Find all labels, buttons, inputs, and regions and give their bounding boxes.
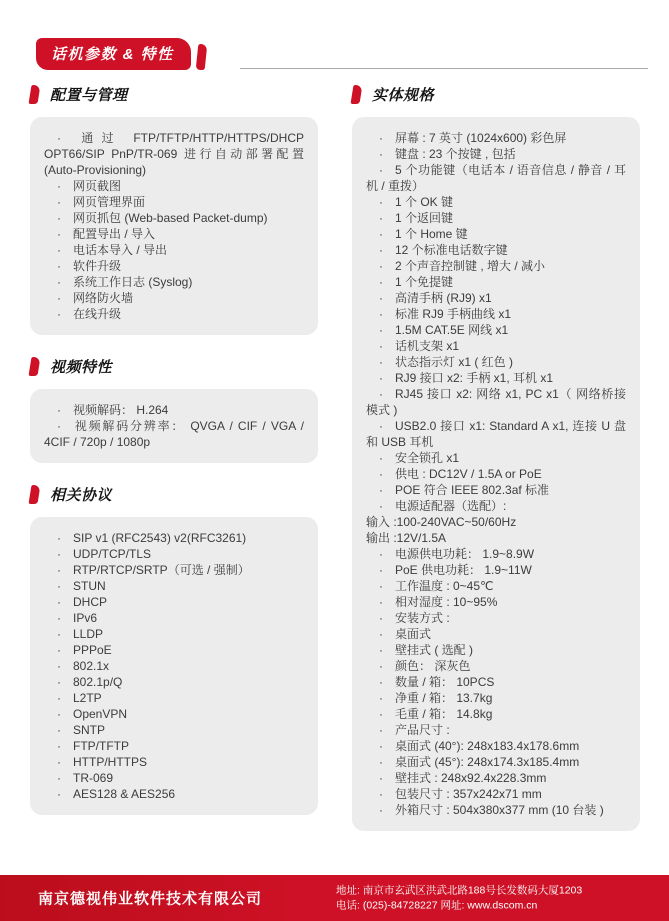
spec-item: ·桌面式 (45°): 248x174.3x185.4mm [366,754,626,770]
bullet-icon: · [57,531,73,545]
section-protocols: 相关协议·SIP v1 (RFC2543) v2(RFC3261)·UDP/TC… [30,484,318,815]
spec-item: ·RJ9 接口 x2: 手柄 x1, 耳机 x1 [366,370,626,386]
spec-item: ·802.1p/Q [44,674,304,690]
spec-item: ·网页抓包 (Web-based Packet-dump) [44,210,304,226]
bullet-icon: · [379,467,395,481]
spec-item: ·2 个声音控制键 , 增大 / 减小 [366,258,626,274]
spec-item: ·SNTP [44,722,304,738]
bullet-icon: · [379,691,395,705]
spec-item: ·外箱尺寸 : 504x380x377 mm (10 台装 ) [366,802,626,818]
bullet-icon: · [57,403,73,417]
bullet-icon: · [57,595,73,609]
bullet-icon: · [57,659,73,673]
spec-item: ·状态指示灯 x1 ( 红色 ) [366,354,626,370]
bullet-icon: · [57,179,73,193]
bullet-icon: · [57,771,73,785]
bullet-icon: · [379,195,395,209]
spec-item: ·PoE 供电功耗： 1.9~11W [366,562,626,578]
section-video-features: 视频特性·视频解码： H.264·视频解码分辨率： QVGA / CIF / V… [30,356,318,463]
spec-sheet-page: 话机参数 & 特性 配置与管理·通过 FTP/TFTP/HTTP/HTTPS/D… [0,0,669,921]
spec-item: ·产品尺寸 : [366,722,626,738]
spec-item: ·FTP/TFTP [44,738,304,754]
spec-item: ·安全锁孔 x1 [366,450,626,466]
spec-item: ·净重 / 箱： 13.7kg [366,690,626,706]
spec-item: ·视频解码分辨率： QVGA / CIF / VGA / 4CIF / 720p… [44,418,304,450]
spec-item: ·通过 FTP/TFTP/HTTP/HTTPS/DHCP OPT66/SIP P… [44,130,304,178]
bullet-icon: · [57,563,73,577]
bullet-icon: · [57,547,73,561]
spec-item: ·桌面式 [366,626,626,642]
bullet-icon: · [57,707,73,721]
spec-item: ·软件升级 [44,258,304,274]
spec-item: ·RTP/RTCP/SRTP（可选 / 强制） [44,562,304,578]
bullet-icon: · [379,739,395,753]
bullet-icon: · [57,643,73,657]
bullet-icon: · [379,355,395,369]
section-title: 相关协议 [50,484,112,505]
spec-item: ·网页截图 [44,178,304,194]
bullet-icon: · [379,451,395,465]
footer-address: 地址: 南京市玄武区洪武北路188号长发数码大厦1203 [336,884,582,899]
spec-item: ·5 个功能键（电话本 / 语音信息 / 静音 / 耳机 / 重拨） [366,162,626,194]
spec-item: ·桌面式 (40°): 248x183.4x178.6mm [366,738,626,754]
spec-item: ·电源供电功耗： 1.9~8.9W [366,546,626,562]
bullet-icon: · [379,291,395,305]
spec-item: ·RJ45 接口 x2: 网络 x1, PC x1（ 网络桥接模式 ) [366,386,626,418]
spec-item: ·电话本导入 / 导出 [44,242,304,258]
spec-item: ·USB2.0 接口 x1: Standard A x1, 连接 U 盘和 US… [366,418,626,450]
spec-item: ·数量 / 箱： 10PCS [366,674,626,690]
content-columns: 配置与管理·通过 FTP/TFTP/HTTP/HTTPS/DHCP OPT66/… [30,84,640,852]
bullet-icon: · [379,707,395,721]
bullet-icon: · [57,723,73,737]
bullet-icon: · [57,307,73,321]
company-name: 南京德视伟业软件技术有限公司 [38,888,262,909]
section-title: 配置与管理 [50,84,128,105]
bullet-icon: · [379,275,395,289]
bullet-icon: · [379,131,395,145]
spec-item: ·PPPoE [44,642,304,658]
bullet-icon: · [379,755,395,769]
section-config-management: 配置与管理·通过 FTP/TFTP/HTTP/HTTPS/DHCP OPT66/… [30,84,318,335]
spec-box: ·SIP v1 (RFC2543) v2(RFC3261)·UDP/TCP/TL… [30,517,318,815]
spec-item: ·毛重 / 箱： 14.8kg [366,706,626,722]
spec-item: ·L2TP [44,690,304,706]
section-header: 视频特性 [30,356,318,377]
bullet-icon: · [57,291,73,305]
spec-box: ·通过 FTP/TFTP/HTTP/HTTPS/DHCP OPT66/SIP P… [30,117,318,335]
bullet-icon: · [57,211,73,225]
spec-item: ·802.1x [44,658,304,674]
spec-item: ·1 个返回键 [366,210,626,226]
spec-item: ·UDP/TCP/TLS [44,546,304,562]
bullet-icon: · [379,723,395,737]
bullet-icon: · [57,627,73,641]
spec-item: ·网络防火墙 [44,290,304,306]
spec-item: ·HTTP/HTTPS [44,754,304,770]
spec-item: ·壁挂式 ( 选配 ) [366,642,626,658]
spec-item: 输入 :100-240VAC~50/60Hz [366,514,626,530]
spec-box: ·屏幕 : 7 英寸 (1024x600) 彩色屏·键盘 : 23 个按键 , … [352,117,640,831]
spec-item: ·LLDP [44,626,304,642]
spec-item: ·TR-069 [44,770,304,786]
bullet-icon: · [379,483,395,497]
left-column: 配置与管理·通过 FTP/TFTP/HTTP/HTTPS/DHCP OPT66/… [30,84,318,852]
bullet-icon: · [379,339,395,353]
section-title: 视频特性 [50,356,112,377]
bullet-icon: · [379,387,395,401]
spec-item: ·电源适配器（选配）: [366,498,626,514]
bullet-icon: · [57,259,73,273]
spec-item: ·包装尺寸 : 357x242x71 mm [366,786,626,802]
bullet-icon: · [57,227,73,241]
spec-item: ·安装方式 : [366,610,626,626]
spec-item: ·配置导出 / 导入 [44,226,304,242]
bullet-icon: · [379,771,395,785]
spec-item: ·SIP v1 (RFC2543) v2(RFC3261) [44,530,304,546]
spec-item: ·屏幕 : 7 英寸 (1024x600) 彩色屏 [366,130,626,146]
red-marker-icon [350,85,362,104]
spec-item: ·工作温度 : 0~45℃ [366,578,626,594]
banner-title: 话机参数 & 特性 [36,38,191,70]
spec-item: ·供电 : DC12V / 1.5A or PoE [366,466,626,482]
bullet-icon: · [57,787,73,801]
spec-box: ·视频解码： H.264·视频解码分辨率： QVGA / CIF / VGA /… [30,389,318,463]
bullet-icon: · [57,739,73,753]
section-title: 实体规格 [372,84,434,105]
spec-item: ·键盘 : 23 个按键 , 包括 [366,146,626,162]
section-header: 配置与管理 [30,84,318,105]
bullet-icon: · [57,691,73,705]
spec-item: ·POE 符合 IEEE 802.3af 标准 [366,482,626,498]
bullet-icon: · [379,611,395,625]
bullet-icon: · [379,675,395,689]
spec-item: ·IPv6 [44,610,304,626]
bullet-icon: · [57,579,73,593]
red-marker-icon [28,357,40,376]
spec-item: ·12 个标准电话数字键 [366,242,626,258]
bullet-icon: · [379,803,395,817]
bullet-icon: · [57,755,73,769]
spec-item: ·STUN [44,578,304,594]
bullet-icon: · [57,419,73,433]
banner-accent-icon [195,44,207,70]
red-marker-icon [28,485,40,504]
bullet-icon: · [57,275,73,289]
header-divider [240,68,648,69]
bullet-icon: · [379,627,395,641]
bullet-icon: · [379,371,395,385]
bullet-icon: · [379,259,395,273]
right-column: 实体规格·屏幕 : 7 英寸 (1024x600) 彩色屏·键盘 : 23 个按… [352,84,640,852]
bullet-icon: · [379,787,395,801]
spec-item: ·壁挂式 : 248x92.4x228.3mm [366,770,626,786]
section-header: 相关协议 [30,484,318,505]
bullet-icon: · [379,163,395,177]
bullet-icon: · [379,595,395,609]
spec-item: ·高清手柄 (RJ9) x1 [366,290,626,306]
red-marker-icon [28,85,40,104]
bullet-icon: · [57,243,73,257]
spec-item: ·网页管理界面 [44,194,304,210]
bullet-icon: · [57,195,73,209]
spec-item: ·1 个 Home 键 [366,226,626,242]
spec-item: ·OpenVPN [44,706,304,722]
bullet-icon: · [379,243,395,257]
spec-item: ·在线升级 [44,306,304,322]
spec-item: ·DHCP [44,594,304,610]
section-physical-specs: 实体规格·屏幕 : 7 英寸 (1024x600) 彩色屏·键盘 : 23 个按… [352,84,640,831]
spec-item: ·系统工作日志 (Syslog) [44,274,304,290]
spec-item: ·1 个免提键 [366,274,626,290]
spec-item: ·相对湿度 : 10~95% [366,594,626,610]
footer-contact: 电话: (025)-84728227 网址: www.dscom.cn [336,898,582,913]
bullet-icon: · [379,547,395,561]
bullet-icon: · [379,307,395,321]
spec-item: ·话机支架 x1 [366,338,626,354]
spec-item: ·颜色： 深灰色 [366,658,626,674]
bullet-icon: · [379,643,395,657]
spec-item: ·标准 RJ9 手柄曲线 x1 [366,306,626,322]
page-banner: 话机参数 & 特性 [36,38,648,70]
spec-item: ·1 个 OK 键 [366,194,626,210]
bullet-icon: · [379,323,395,337]
bullet-icon: · [379,147,395,161]
footer-contact-block: 地址: 南京市玄武区洪武北路188号长发数码大厦1203 电话: (025)-8… [336,884,582,913]
bullet-icon: · [57,611,73,625]
bullet-icon: · [379,659,395,673]
bullet-icon: · [379,227,395,241]
spec-item: 输出 :12V/1.5A [366,530,626,546]
section-header: 实体规格 [352,84,640,105]
spec-item: ·AES128 & AES256 [44,786,304,802]
bullet-icon: · [57,675,73,689]
bullet-icon: · [379,419,395,433]
bullet-icon: · [57,131,73,145]
bullet-icon: · [379,579,395,593]
footer-bar: 南京德视伟业软件技术有限公司 地址: 南京市玄武区洪武北路188号长发数码大厦1… [0,875,669,921]
bullet-icon: · [379,211,395,225]
bullet-icon: · [379,499,395,513]
spec-item: ·1.5M CAT.5E 网线 x1 [366,322,626,338]
bullet-icon: · [379,563,395,577]
spec-item: ·视频解码： H.264 [44,402,304,418]
